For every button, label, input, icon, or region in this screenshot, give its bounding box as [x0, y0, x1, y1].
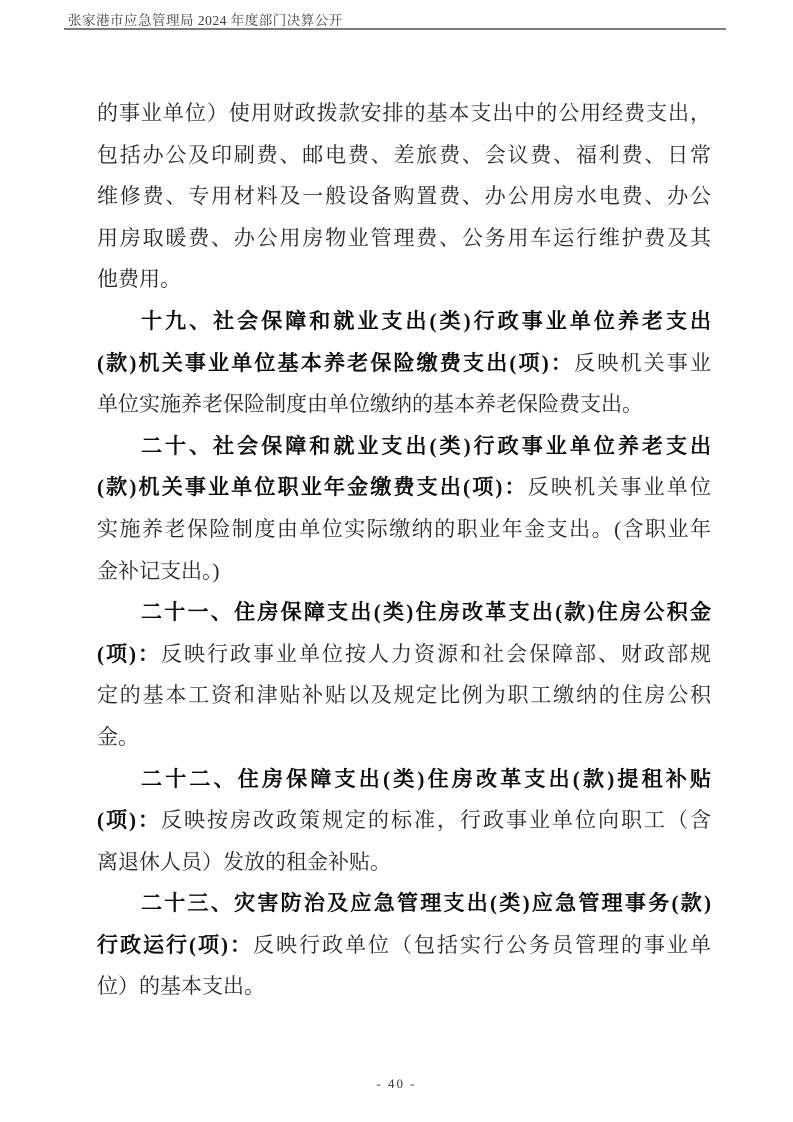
body-text: 包括办公及印刷费、邮电费、差旅费、会议费、福利费、日常 — [97, 143, 711, 167]
page-number: - 40 - — [0, 1076, 793, 1092]
body-text: 反映机关事业单位 — [528, 475, 711, 499]
body-text: 反映行政单位（包括实行公务员管理的事业单 — [253, 933, 711, 957]
body-text: 金。 — [97, 725, 139, 749]
text-line: (款)机关事业单位基本养老保险缴费支出(项)：反映机关事业 — [97, 343, 711, 385]
body-text: 用房取暖费、办公用房物业管理费、公务用车运行维护费及其 — [97, 226, 711, 250]
text-line: 的事业单位）使用财政拨款安排的基本支出中的公用经费支出， — [97, 93, 711, 135]
text-line: 用房取暖费、办公用房物业管理费、公务用车运行维护费及其 — [97, 218, 711, 260]
body-text: 的事业单位）使用财政拨款安排的基本支出中的公用经费支出， — [97, 101, 711, 125]
text-line: 他费用。 — [97, 259, 711, 301]
text-line: 二十二、住房保障支出(类)住房改革支出(款)提租补贴 — [97, 759, 711, 801]
text-line: 十九、社会保障和就业支出(类)行政事业单位养老支出 — [97, 301, 711, 343]
text-line: (项)：反映行政事业单位按人力资源和社会保障部、财政部规 — [97, 634, 711, 676]
text-line: 二十一、住房保障支出(类)住房改革支出(款)住房公积金 — [97, 592, 711, 634]
body-text: 反映行政事业单位按人力资源和社会保障部、财政部规 — [161, 642, 711, 666]
body-text: 反映机关事业 — [574, 351, 711, 375]
text-line: 定的基本工资和津贴补贴以及规定比例为职工缴纳的住房公积 — [97, 675, 711, 717]
heading-text: (项)： — [97, 808, 161, 832]
header-rule — [64, 28, 726, 30]
document-page: 张家港市应急管理局 2024 年度部门决算公开 的事业单位）使用财政拨款安排的基… — [0, 0, 793, 1122]
text-line: 维修费、专用材料及一般设备购置费、办公用房水电费、办公 — [97, 176, 711, 218]
heading-text: 十九、社会保障和就业支出(类)行政事业单位养老支出 — [141, 309, 711, 333]
text-line: 行政运行(项)：反映行政单位（包括实行公务员管理的事业单 — [97, 925, 711, 967]
heading-text: 二十三、灾害防治及应急管理支出(类)应急管理事务(款) — [141, 891, 711, 915]
heading-text: 二十二、住房保障支出(类)住房改革支出(款)提租补贴 — [141, 767, 711, 791]
document-body: 的事业单位）使用财政拨款安排的基本支出中的公用经费支出，包括办公及印刷费、邮电费… — [97, 93, 711, 1008]
heading-text: 行政运行(项)： — [97, 933, 253, 957]
body-text: 他费用。 — [97, 267, 181, 291]
body-text: 反映按房改政策规定的标准，行政事业单位向职工（含 — [161, 808, 711, 832]
text-line: (项)：反映按房改政策规定的标准，行政事业单位向职工（含 — [97, 800, 711, 842]
body-text: 定的基本工资和津贴补贴以及规定比例为职工缴纳的住房公积 — [97, 683, 711, 707]
text-line: 金补记支出。) — [97, 551, 711, 593]
heading-text: (款)机关事业单位职业年金缴费支出(项)： — [97, 475, 528, 499]
body-text: 金补记支出。) — [97, 559, 220, 583]
text-line: 二十、社会保障和就业支出(类)行政事业单位养老支出 — [97, 426, 711, 468]
text-line: 位）的基本支出。 — [97, 966, 711, 1008]
page-header-title: 张家港市应急管理局 2024 年度部门决算公开 — [68, 9, 343, 29]
body-text: 实施养老保险制度由单位实际缴纳的职业年金支出。(含职业年 — [97, 517, 711, 541]
heading-text: 二十、社会保障和就业支出(类)行政事业单位养老支出 — [141, 434, 711, 458]
text-line: (款)机关事业单位职业年金缴费支出(项)：反映机关事业单位 — [97, 467, 711, 509]
body-text: 离退休人员）发放的租金补贴。 — [97, 850, 391, 874]
text-line: 实施养老保险制度由单位实际缴纳的职业年金支出。(含职业年 — [97, 509, 711, 551]
heading-text: 二十一、住房保障支出(类)住房改革支出(款)住房公积金 — [141, 600, 711, 624]
text-line: 金。 — [97, 717, 711, 759]
heading-text: (项)： — [97, 642, 161, 666]
body-text: 位）的基本支出。 — [97, 974, 265, 998]
text-line: 离退休人员）发放的租金补贴。 — [97, 842, 711, 884]
heading-text: (款)机关事业单位基本养老保险缴费支出(项)： — [97, 351, 574, 375]
text-line: 单位实施养老保险制度由单位缴纳的基本养老保险费支出。 — [97, 384, 711, 426]
text-line: 二十三、灾害防治及应急管理支出(类)应急管理事务(款) — [97, 883, 711, 925]
body-text: 维修费、专用材料及一般设备购置费、办公用房水电费、办公 — [97, 184, 711, 208]
body-text: 单位实施养老保险制度由单位缴纳的基本养老保险费支出。 — [97, 392, 643, 416]
text-line: 包括办公及印刷费、邮电费、差旅费、会议费、福利费、日常 — [97, 135, 711, 177]
